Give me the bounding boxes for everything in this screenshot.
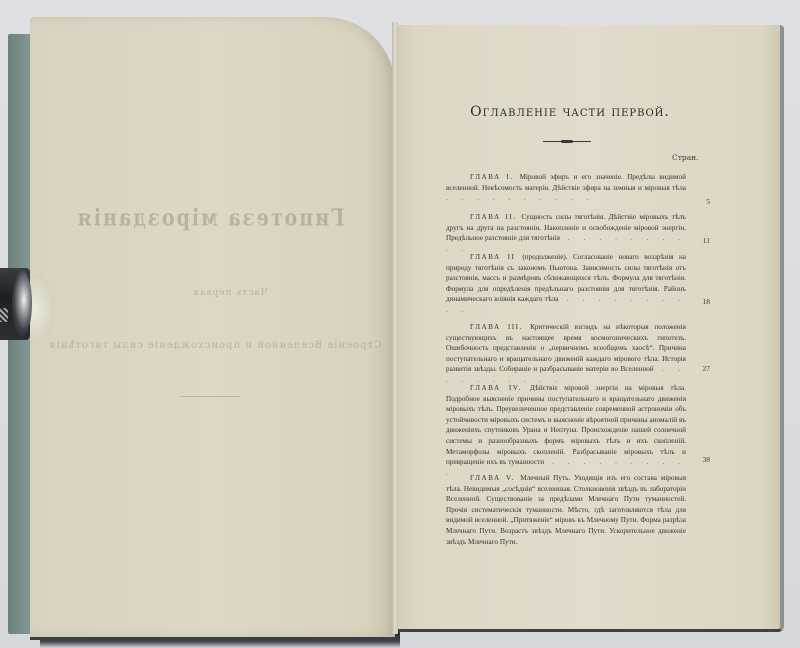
contents-entry: ГЛАВА V. Млечный Путь. Уходящiя изъ его … bbox=[446, 473, 686, 547]
weight-spool-object bbox=[0, 268, 60, 344]
page-number: 11 bbox=[686, 236, 710, 245]
page-number: 18 bbox=[686, 297, 710, 306]
contents-entry: ГЛАВА II. Сущность силы тяготѣнiя. Дѣйст… bbox=[446, 212, 686, 254]
chapter-heading: ГЛАВА II bbox=[470, 253, 522, 261]
contents-entry: ГЛАВА IV. Дѣйствiе мiровой энергiи на мi… bbox=[446, 383, 686, 478]
book-gutter bbox=[392, 22, 398, 634]
chapter-heading: ГЛАВА III. bbox=[470, 323, 530, 331]
chapter-summary: Млечный Путь. Уходящiя изъ его состава м… bbox=[446, 474, 686, 546]
contents-entry: ГЛАВА I. Мiровой эфиръ и его значенiе. П… bbox=[446, 172, 686, 204]
chapter-heading: ГЛАВА II. bbox=[470, 213, 521, 221]
show-through-line: Строенiе Вселенной и происхожденiе силы … bbox=[45, 340, 385, 351]
show-through-rule bbox=[180, 396, 240, 397]
chapter-heading: ГЛАВА IV. bbox=[470, 384, 530, 392]
ornament-divider-icon bbox=[543, 139, 591, 145]
chapter-heading: ГЛАВА V. bbox=[470, 474, 520, 482]
page-column-header: Стран. bbox=[672, 153, 699, 162]
contents-entry: ГЛАВА II (продолженiе). Согласованiе нов… bbox=[446, 252, 686, 316]
chapter-summary: Дѣйствiе мiровой энергiи на мiровыя тѣла… bbox=[446, 384, 686, 466]
leader-dots: . . . . . . . . . . bbox=[446, 194, 594, 202]
page-number: 38 bbox=[686, 455, 710, 464]
page-number: 27 bbox=[686, 364, 710, 373]
left-page bbox=[30, 17, 395, 640]
contents-entry: ГЛАВА III. Критическiй взглядъ на нѣкото… bbox=[446, 322, 686, 386]
chapter-heading: ГЛАВА I. bbox=[470, 173, 520, 181]
spool-label bbox=[0, 308, 8, 322]
show-through-subtitle: Часть первая bbox=[130, 288, 330, 298]
spool-rim bbox=[12, 270, 32, 336]
page-number: 5 bbox=[686, 197, 710, 206]
show-through-title: Гипотеза мiрозданiя bbox=[60, 204, 360, 232]
contents-title: Оглавленiе части первой. bbox=[430, 104, 710, 120]
